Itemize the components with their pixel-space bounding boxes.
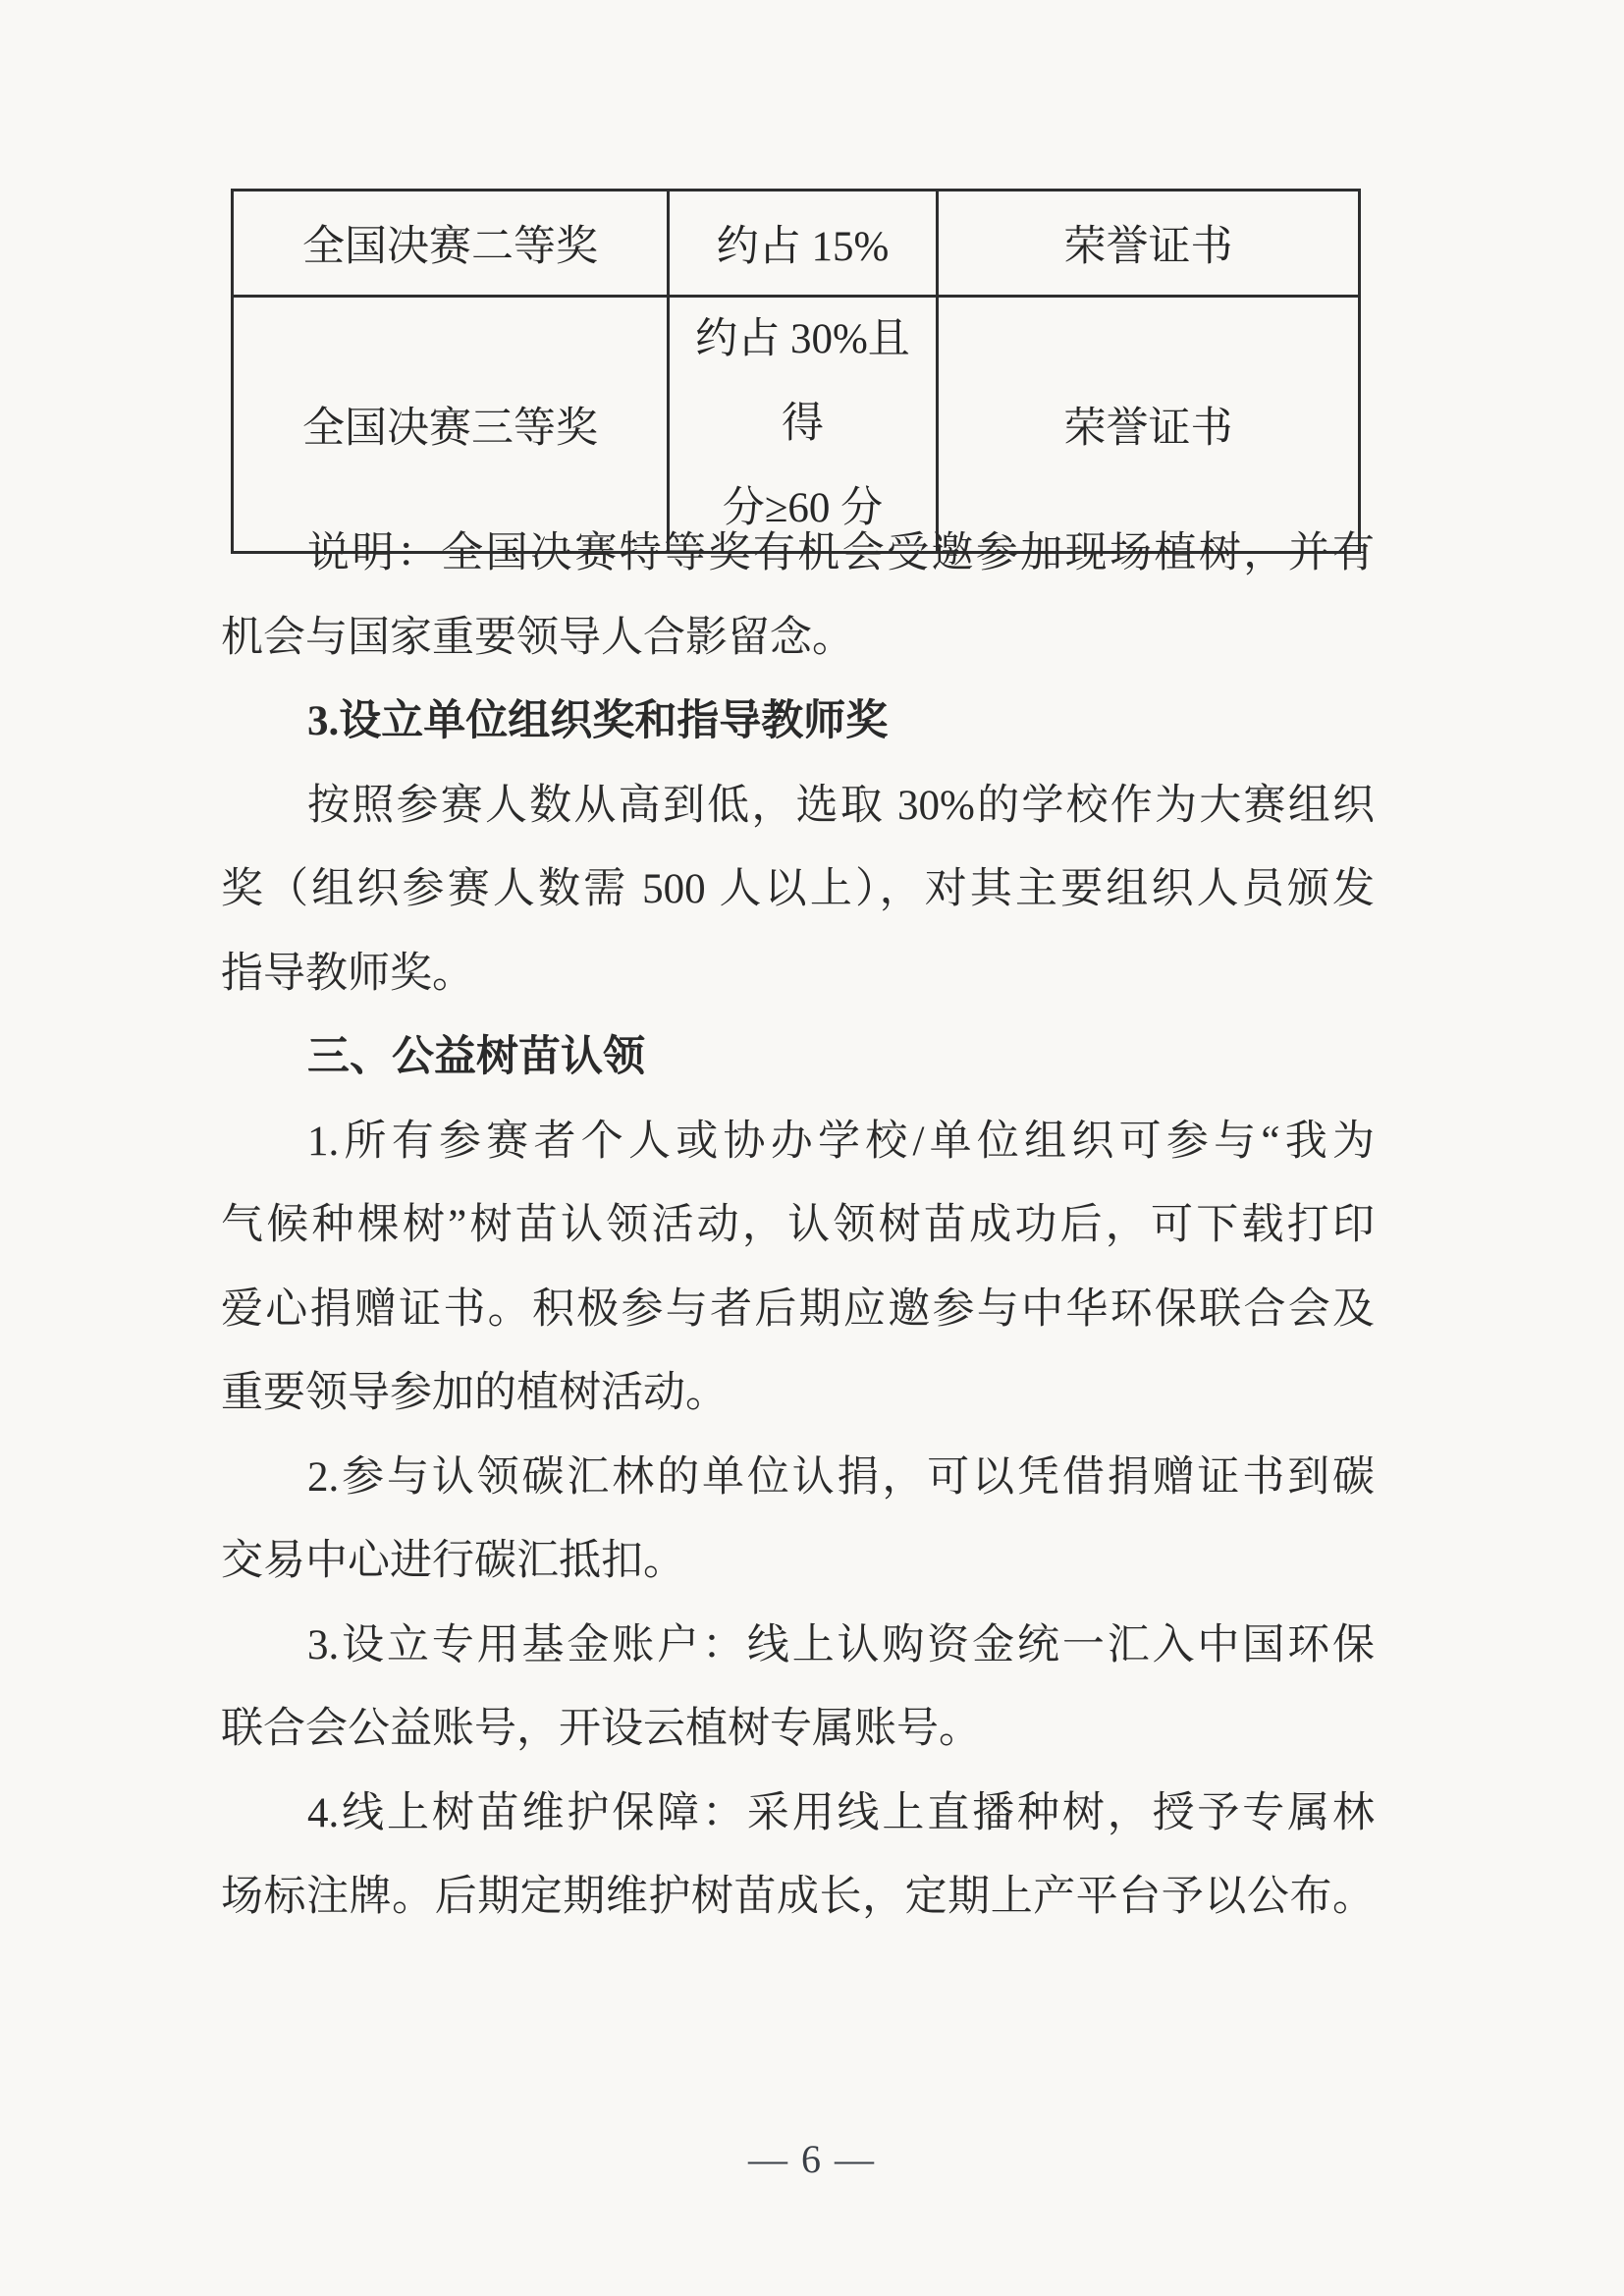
award-cell: 全国决赛二等奖 (233, 191, 669, 297)
body-line: 奖（组织参赛人数需 500 人以上），对其主要组织人员颁发 (221, 847, 1375, 932)
body-line: 说明：全国决赛特等奖有机会受邀参加现场植树，并有 (221, 512, 1375, 596)
body-line: 联合会公益账号，开设云植树专属账号。 (221, 1687, 1375, 1772)
body-line: 4.线上树苗维护保障：采用线上直播种树，授予专属林 (221, 1772, 1375, 1856)
body-line: 3.设立专用基金账户：线上认购资金统一汇入中国环保 (221, 1604, 1375, 1688)
section-heading: 3.设立单位组织奖和指导教师奖 (221, 680, 1375, 764)
body-text: 说明：全国决赛特等奖有机会受邀参加现场植树，并有 机会与国家重要领导人合影留念。… (221, 512, 1375, 1940)
section-heading: 三、公益树苗认领 (221, 1015, 1375, 1100)
page-number: — 6 — (0, 2129, 1624, 2190)
ratio-cell: 约占 15% (669, 191, 938, 297)
table-row: 全国决赛二等奖 约占 15% 荣誉证书 (233, 191, 1360, 297)
document-page: 全国决赛二等奖 约占 15% 荣誉证书 全国决赛三等奖 约占 30%且得 分≥6… (0, 0, 1624, 2296)
body-line: 机会与国家重要领导人合影留念。 (221, 596, 1375, 681)
body-line: 场标注牌。后期定期维护树苗成长，定期上产平台予以公布。 (221, 1855, 1375, 1940)
award-table: 全国决赛二等奖 约占 15% 荣誉证书 全国决赛三等奖 约占 30%且得 分≥6… (231, 189, 1361, 554)
body-line: 2.参与认领碳汇林的单位认捐，可以凭借捐赠证书到碳 (221, 1436, 1375, 1520)
body-line: 重要领导参加的植树活动。 (221, 1351, 1375, 1436)
prize-cell: 荣誉证书 (938, 191, 1360, 297)
body-line: 气候种棵树”树苗认领活动，认领树苗成功后，可下载打印 (221, 1183, 1375, 1268)
body-line: 按照参赛人数从高到低，选取 30%的学校作为大赛组织 (221, 764, 1375, 848)
body-line: 指导教师奖。 (221, 932, 1375, 1016)
body-line: 交易中心进行碳汇抵扣。 (221, 1519, 1375, 1604)
body-line: 1.所有参赛者个人或协办学校/单位组织可参与“我为 (221, 1100, 1375, 1184)
body-line: 爱心捐赠证书。积极参与者后期应邀参与中华环保联合会及 (221, 1268, 1375, 1352)
